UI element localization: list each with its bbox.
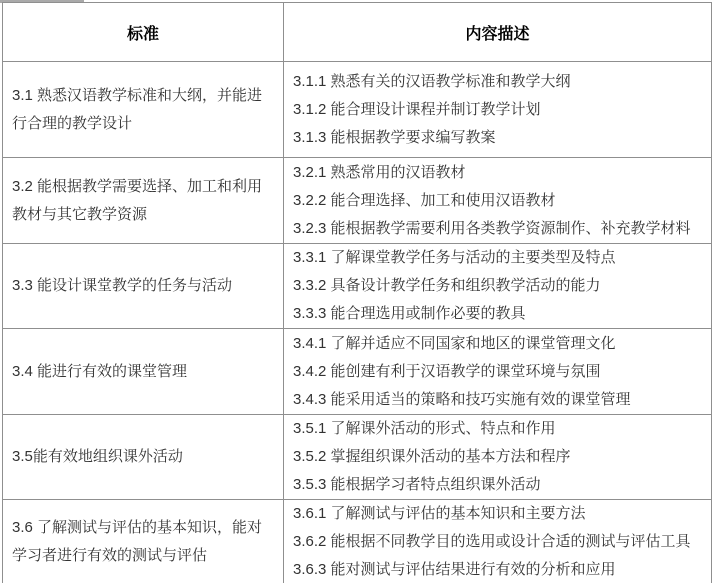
description-line: 3.2.2 能合理选择、加工和使用汉语教材	[293, 187, 707, 215]
description-line: 3.3.2 具备设计教学任务和组织教学活动的能力	[293, 272, 707, 300]
standard-cell: 3.5能有效地组织课外活动	[3, 415, 284, 500]
standard-cell: 3.1 熟悉汉语教学标准和大纲，并能进行合理的教学设计	[3, 62, 284, 158]
table-row: 3.4 能进行有效的课堂管理 3.4.1 了解并适应不同国家和地区的课堂管理文化…	[3, 329, 712, 415]
standard-cell: 3.6 了解测试与评估的基本知识，能对学习者进行有效的测试与评估	[3, 500, 284, 583]
description-line: 3.5.1 了解课外活动的形式、特点和作用	[293, 415, 707, 443]
description-line: 3.4.1 了解并适应不同国家和地区的课堂管理文化	[293, 330, 707, 358]
description-cell: 3.4.1 了解并适应不同国家和地区的课堂管理文化 3.4.2 能创建有利于汉语…	[284, 329, 712, 415]
description-cell: 3.1.1 熟悉有关的汉语教学标准和教学大纲 3.1.2 能合理设计课程并制订教…	[284, 62, 712, 158]
description-cell: 3.2.1 熟悉常用的汉语教材 3.2.2 能合理选择、加工和使用汉语教材 3.…	[284, 158, 712, 244]
description-line: 3.2.1 熟悉常用的汉语教材	[293, 159, 707, 187]
header-row: 标准 内容描述	[3, 3, 712, 62]
description-line: 3.2.3 能根据教学需要利用各类教学资源制作、补充教学材料	[293, 215, 707, 243]
description-line: 3.5.2 掌握组织课外活动的基本方法和程序	[293, 443, 707, 471]
column-header-description: 内容描述	[284, 3, 712, 62]
description-cell: 3.5.1 了解课外活动的形式、特点和作用 3.5.2 掌握组织课外活动的基本方…	[284, 415, 712, 500]
description-line: 3.5.3 能根据学习者特点组织课外活动	[293, 471, 707, 499]
description-line: 3.6.2 能根据不同教学目的选用或设计合适的测试与评估工具	[293, 528, 707, 556]
description-line: 3.6.3 能对测试与评估结果进行有效的分析和应用	[293, 556, 707, 583]
description-cell: 3.3.1 了解课堂教学任务与活动的主要类型及特点 3.3.2 具备设计教学任务…	[284, 244, 712, 329]
table-row: 3.1 熟悉汉语教学标准和大纲，并能进行合理的教学设计 3.1.1 熟悉有关的汉…	[3, 62, 712, 158]
column-header-standard: 标准	[3, 3, 284, 62]
standard-cell: 3.4 能进行有效的课堂管理	[3, 329, 284, 415]
description-line: 3.4.2 能创建有利于汉语教学的课堂环境与氛围	[293, 358, 707, 386]
table-row: 3.6 了解测试与评估的基本知识，能对学习者进行有效的测试与评估 3.6.1 了…	[3, 500, 712, 583]
table-row: 3.5能有效地组织课外活动 3.5.1 了解课外活动的形式、特点和作用 3.5.…	[3, 415, 712, 500]
description-cell: 3.6.1 了解测试与评估的基本知识和主要方法 3.6.2 能根据不同教学目的选…	[284, 500, 712, 583]
description-line: 3.4.3 能采用适当的策略和技巧实施有效的课堂管理	[293, 386, 707, 414]
description-line: 3.3.3 能合理选用或制作必要的教具	[293, 300, 707, 328]
table-row: 3.3 能设计课堂教学的任务与活动 3.3.1 了解课堂教学任务与活动的主要类型…	[3, 244, 712, 329]
standard-cell: 3.3 能设计课堂教学的任务与活动	[3, 244, 284, 329]
standard-cell: 3.2 能根据教学需要选择、加工和利用教材与其它教学资源	[3, 158, 284, 244]
description-line: 3.1.2 能合理设计课程并制订教学计划	[293, 96, 707, 124]
description-line: 3.6.1 了解测试与评估的基本知识和主要方法	[293, 500, 707, 528]
description-line: 3.3.1 了解课堂教学任务与活动的主要类型及特点	[293, 244, 707, 272]
page: 标准 内容描述 3.1 熟悉汉语教学标准和大纲，并能进行合理的教学设计 3.1.…	[0, 0, 717, 583]
standards-table: 标准 内容描述 3.1 熟悉汉语教学标准和大纲，并能进行合理的教学设计 3.1.…	[2, 2, 712, 583]
description-line: 3.1.3 能根据教学要求编写教案	[293, 124, 707, 152]
description-line: 3.1.1 熟悉有关的汉语教学标准和教学大纲	[293, 68, 707, 96]
table-row: 3.2 能根据教学需要选择、加工和利用教材与其它教学资源 3.2.1 熟悉常用的…	[3, 158, 712, 244]
